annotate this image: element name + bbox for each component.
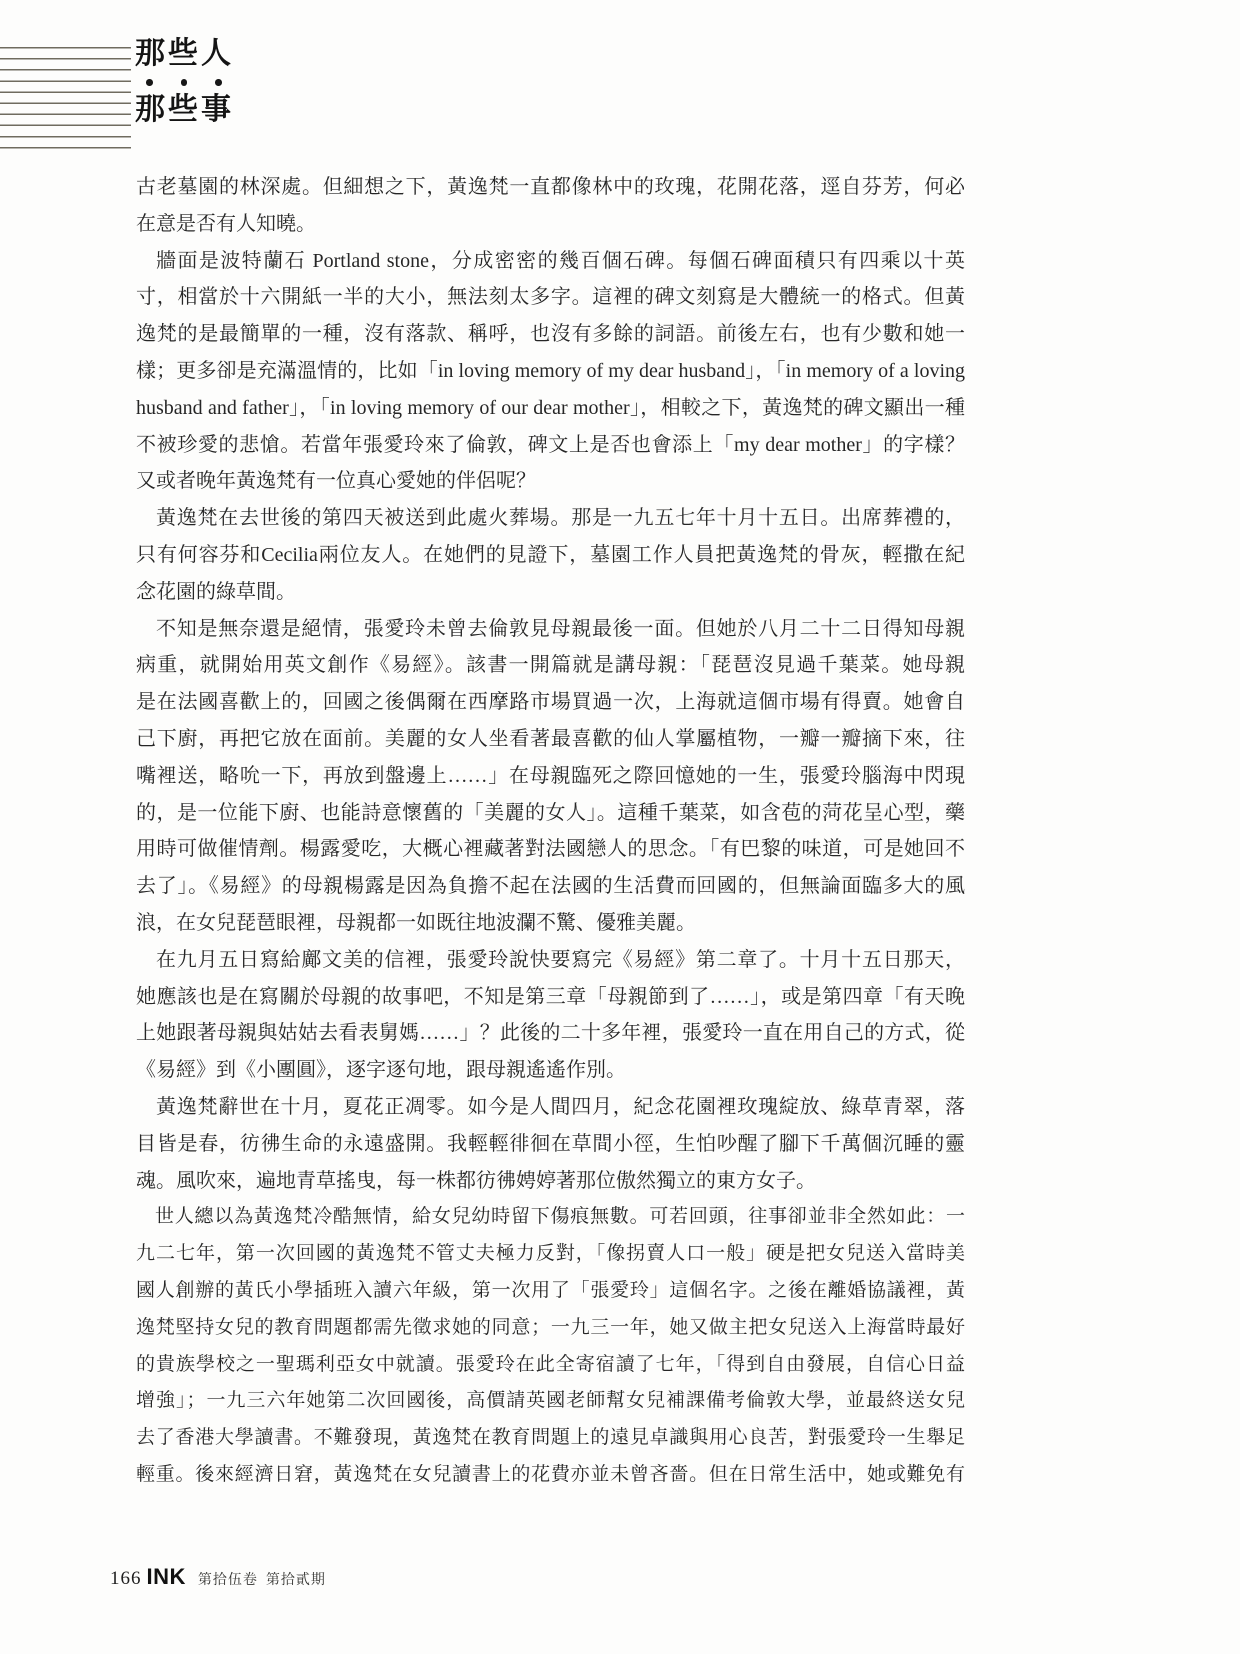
text-line: 去了」。《易經》的母親楊露是因為負擔不起在法國的生活費而回國的，但無論面臨多大的…	[136, 868, 965, 905]
magazine-page: 那些人 那些事 古老墓園的林深處。但細想之下，黃逸梵一直都像林中的玫瑰，花開花落…	[0, 0, 1240, 1654]
text-line: 樣；更多卻是充滿溫情的，比如「in loving memory of my de…	[136, 353, 965, 390]
masthead: 那些人 那些事	[135, 38, 239, 126]
text-line: 不被珍愛的悲愴。若當年張愛玲來了倫敦，碑文上是否也會添上「my dear mot…	[136, 427, 965, 464]
text-line: 去了香港大學讀書。不難發現，黃逸梵在教育問題上的遠見卓識與用心良苦，對張愛玲一生…	[136, 1420, 965, 1457]
text-line: 國人創辦的黃氏小學插班入讀六年級，第一次用了「張愛玲」這個名字。之後在離婚協議裡…	[136, 1273, 965, 1310]
text-line: 己下廚，再把它放在面前。美麗的女人坐看著最喜歡的仙人掌屬植物，一瓣一瓣摘下來，往	[136, 721, 965, 758]
text-line: 用時可做催情劑。楊露愛吃，大概心裡藏著對法國戀人的思念。「有巴黎的味道，可是她回…	[136, 831, 965, 868]
text-line: 的，是一位能下廚、也能詩意懷舊的「美麗的女人」。這種千葉菜，如含苞的菏花呈心型，…	[136, 795, 965, 832]
text-line: 輕重。後來經濟日窘，黃逸梵在女兒讀書上的花費亦並未曾吝嗇。但在日常生活中，她或難…	[136, 1457, 965, 1494]
text-line: 黃逸梵在去世後的第四天被送到此處火葬場。那是一九五七年十月十五日。出席葬禮的，	[136, 500, 965, 537]
text-line: 在意是否有人知曉。	[136, 206, 965, 243]
dot-icon	[181, 79, 188, 86]
text-line: 世人總以為黃逸梵冷酷無情，給女兒幼時留下傷痕無數。可若回頭，往事卻並非全然如此：…	[136, 1199, 965, 1236]
text-line: 古老墓園的林深處。但細想之下，黃逸梵一直都像林中的玫瑰，花開花落，逕自芬芳，何必	[136, 169, 965, 206]
volume-label: 第拾伍卷	[198, 1569, 258, 1589]
text-line: 不知是無奈還是絕情，張愛玲未曾去倫敦見母親最後一面。但她於八月二十二日得知母親	[136, 611, 965, 648]
text-line: 魂。風吹來，遍地青草搖曳，每一株都彷彿娉婷著那位傲然獨立的東方女子。	[136, 1163, 965, 1200]
masthead-title-line2: 那些事	[135, 94, 239, 126]
text-line: 只有何容芬和Cecilia兩位友人。在她們的見證下，墓園工作人員把黃逸梵的骨灰，…	[136, 537, 965, 574]
text-line: 病重，就開始用英文創作《易經》。該書一開篇就是講母親：「琵琶沒見過千葉菜。她母親	[136, 647, 965, 684]
dot-icon	[215, 79, 222, 86]
text-line: 念花園的綠草間。	[136, 574, 965, 611]
text-line: 是在法國喜歡上的，回國之後偶爾在西摩路市場買過一次，上海就這個市場有得賣。她會自	[136, 684, 965, 721]
text-line: 上她跟著母親與姑姑去看表舅媽……」？此後的二十多年裡，張愛玲一直在用自己的方式，…	[136, 1015, 965, 1052]
text-line: 又或者晚年黃逸梵有一位真心愛她的伴侶呢？	[136, 463, 965, 500]
text-line: 目皆是春，彷彿生命的永遠盛開。我輕輕徘徊在草間小徑，生怕吵醒了腳下千萬個沉睡的靈	[136, 1126, 965, 1163]
dot-icon	[146, 79, 153, 86]
text-line: 《易經》到《小團圓》，逐字逐句地，跟母親遙遙作別。	[136, 1052, 965, 1089]
article: 古老墓園的林深處。但細想之下，黃逸梵一直都像林中的玫瑰，花開花落，逕自芬芳，何必…	[136, 169, 965, 1494]
text-line: 逸梵的是最簡單的一種，沒有落款、稱呼，也沒有多餘的詞語。前後左右，也有少數和她一	[136, 316, 965, 353]
text-line: 黃逸梵辭世在十月，夏花正凋零。如今是人間四月，紀念花園裡玫瑰綻放、綠草青翠，落	[136, 1089, 965, 1126]
text-line: 逸梵堅持女兒的教育問題都需先徵求她的同意；一九三一年，她又做主把女兒送入上海當時…	[136, 1310, 965, 1347]
text-line: husband and father」，「in loving memory of…	[136, 390, 965, 427]
dots-separator-icon	[135, 79, 239, 86]
page-number: 166	[110, 1568, 142, 1590]
text-line: 在九月五日寫給鄺文美的信裡，張愛玲說快要寫完《易經》第二章了。十月十五日那天，	[136, 942, 965, 979]
text-line: 浪，在女兒琵琶眼裡，母親都一如既往地波瀾不驚、優雅美麗。	[136, 905, 965, 942]
masthead-rule-lines	[0, 47, 131, 149]
text-line: 九二七年，第一次回國的黃逸梵不管丈夫極力反對，「像拐賣人口一般」硬是把女兒送入當…	[136, 1236, 965, 1273]
ink-logo: INK	[147, 1564, 186, 1590]
masthead-title-line1: 那些人	[135, 38, 239, 70]
text-line: 嘴裡送，略吮一下，再放到盤邊上……」在母親臨死之際回憶她的一生，張愛玲腦海中閃現	[136, 758, 965, 795]
issue-label: 第拾貳期	[266, 1569, 326, 1589]
text-line: 增強」；一九三六年她第二次回國後，高價請英國老師幫女兒補課備考倫敦大學，並最終送…	[136, 1383, 965, 1420]
page-footer: 166 INK 第拾伍卷 第拾貳期	[110, 1564, 326, 1590]
text-line: 牆面是波特蘭石 Portland stone，分成密密的幾百個石碑。每個石碑面積…	[136, 243, 965, 280]
text-line: 她應該也是在寫關於母親的故事吧，不知是第三章「母親節到了……」，或是第四章「有天…	[136, 979, 965, 1016]
text-line: 寸，相當於十六開紙一半的大小，無法刻太多字。這裡的碑文刻寫是大體統一的格式。但黃	[136, 279, 965, 316]
text-line: 的貴族學校之一聖瑪利亞女中就讀。張愛玲在此全寄宿讀了七年，「得到自由發展，自信心…	[136, 1347, 965, 1384]
